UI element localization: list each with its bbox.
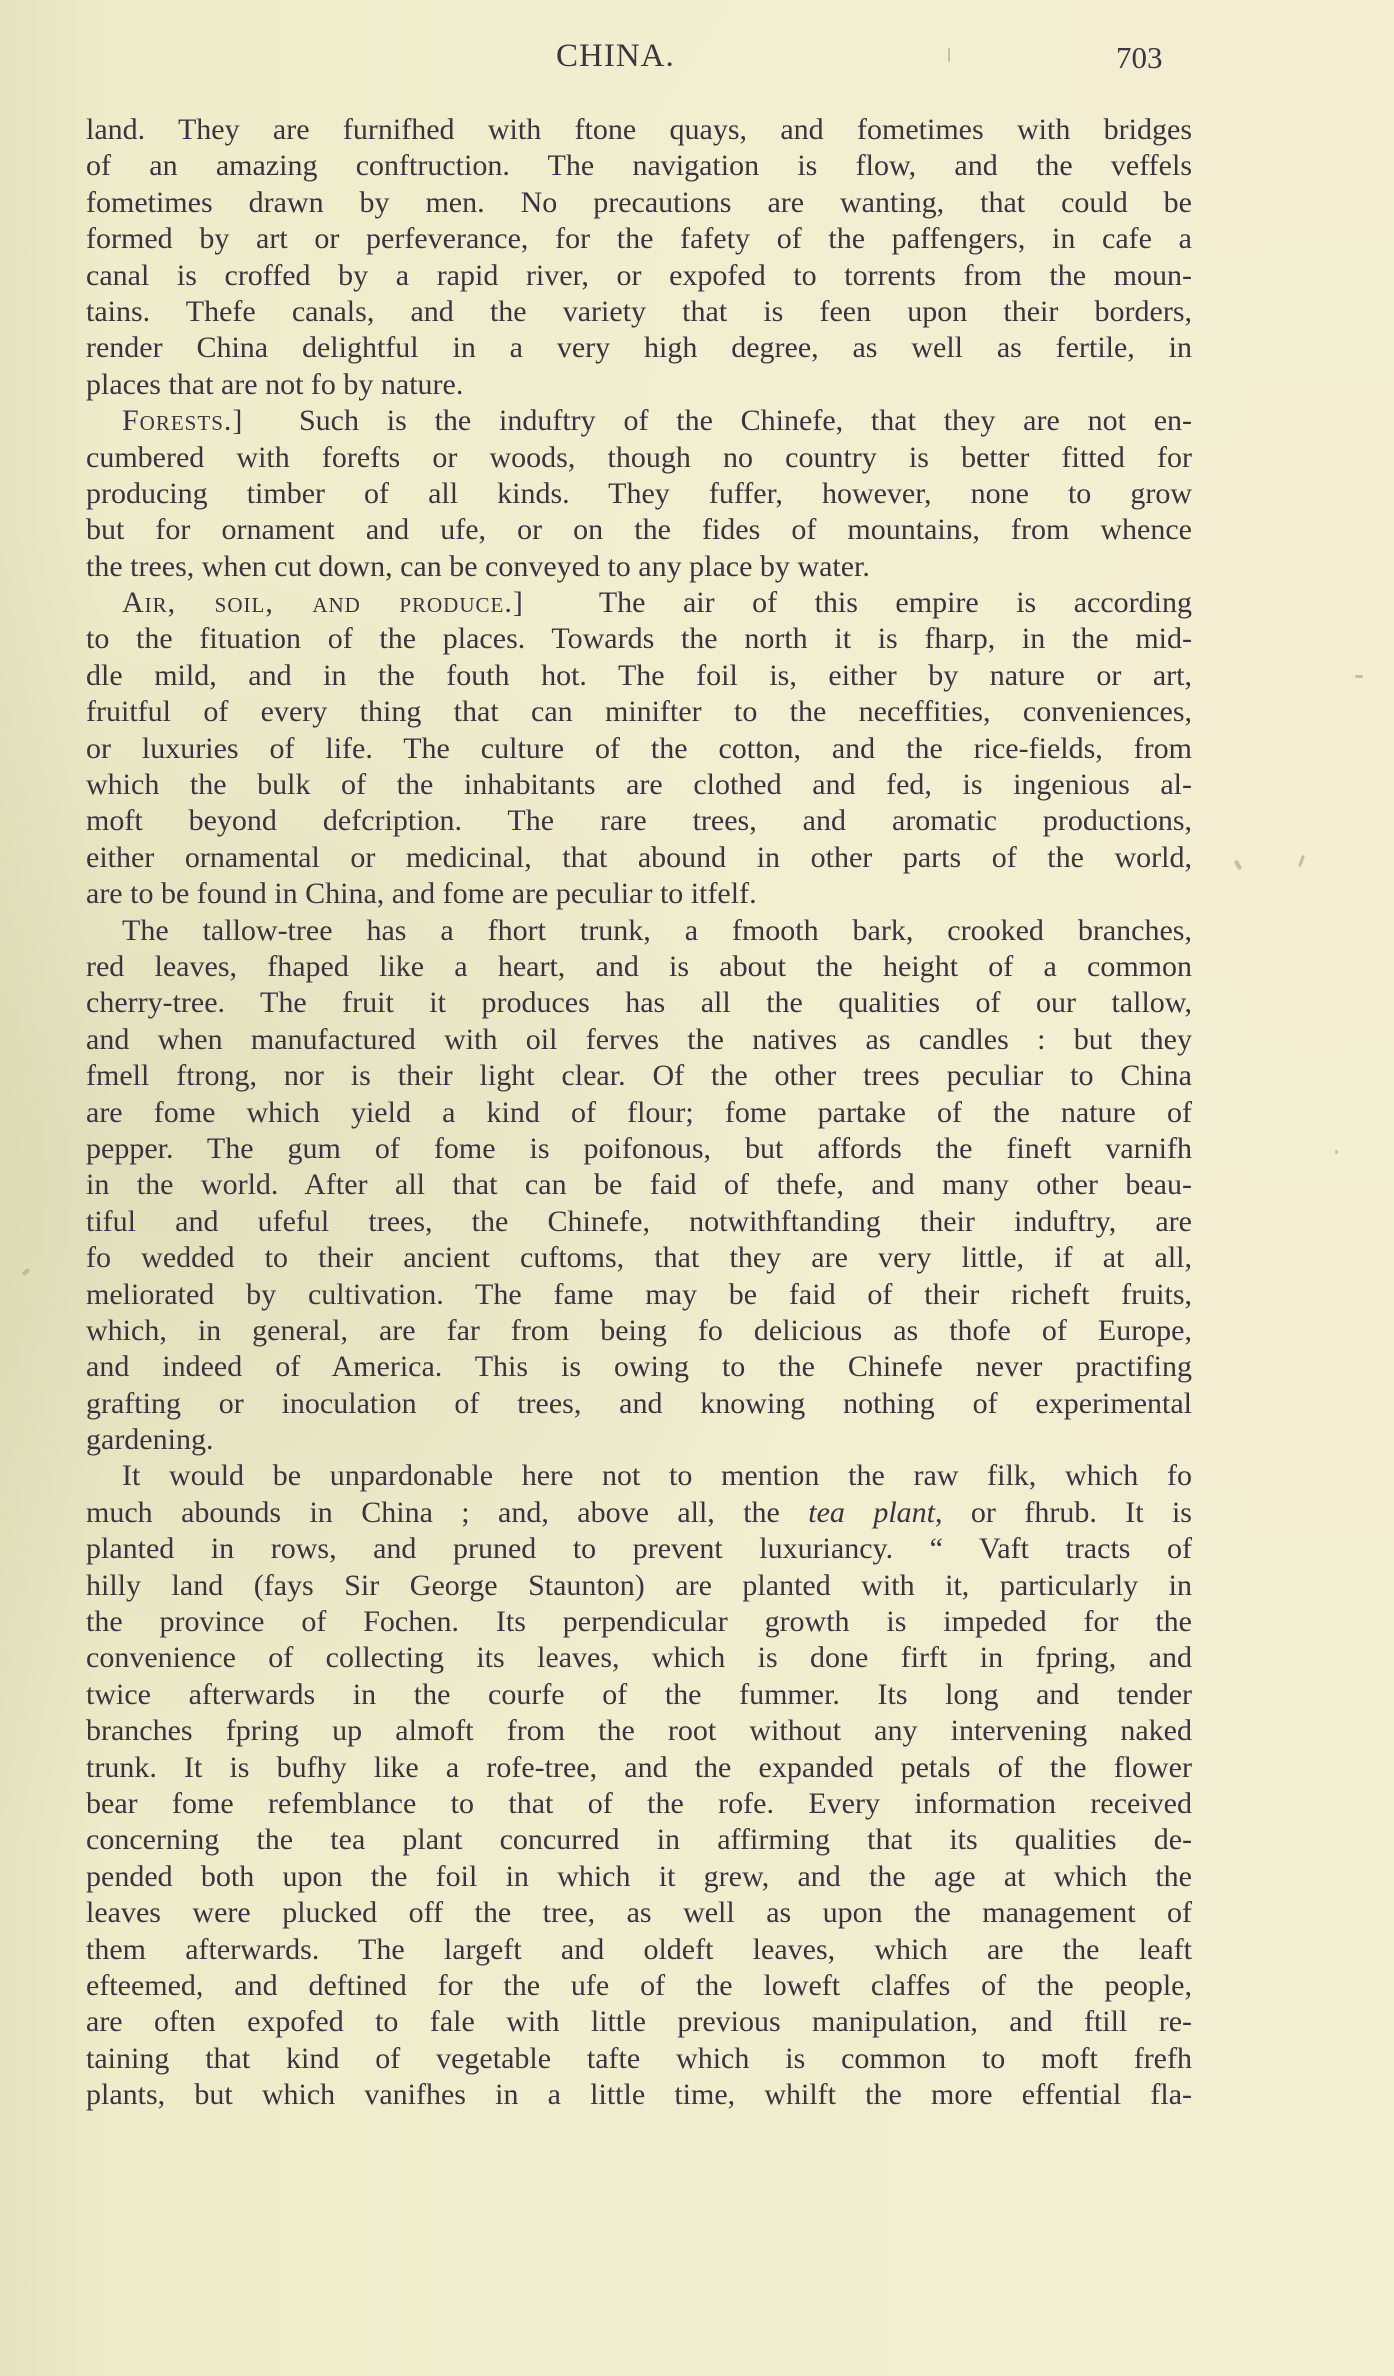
paragraph-tallow-tree: The tallow-tree has a fhort trunk, a fmo…: [86, 913, 1192, 1459]
text-line: concerning the tea plant concurred in af…: [86, 1822, 1192, 1858]
text-line: are fome which yield a kind of flour; fo…: [86, 1095, 1192, 1131]
text-line: but for ornament and ufe, or on the fide…: [86, 512, 1192, 548]
text-line: moft beyond defcription. The rare trees,…: [86, 803, 1192, 839]
text-line: taining that kind of vegetable tafte whi…: [86, 2041, 1192, 2077]
text-line: cherry-tree. The fruit it produces has a…: [86, 985, 1192, 1021]
text-line: fometimes drawn by men. No precautions a…: [86, 185, 1192, 221]
body-text: land. They are furnifhed with ftone quay…: [86, 112, 1192, 2113]
text-line: convenience of collecting its leaves, wh…: [86, 1640, 1192, 1676]
text-line: leaves were plucked off the tree, as wel…: [86, 1895, 1192, 1931]
text-line: fmell ftrong, nor is their light clear. …: [86, 1058, 1192, 1094]
text-line: of an amazing conftruction. The navigati…: [86, 148, 1192, 184]
text-line: pepper. The gum of fome is poifonous, bu…: [86, 1131, 1192, 1167]
paper-speck: [1355, 675, 1363, 678]
text-line: and when manufactured with oil ferves th…: [86, 1022, 1192, 1058]
text-line: tiful and ufeful trees, the Chinefe, not…: [86, 1204, 1192, 1240]
text-line: planted in rows, and pruned to prevent l…: [86, 1531, 1192, 1567]
text-line: efteemed, and deftined for the ufe of th…: [86, 1968, 1192, 2004]
text-line: places that are not fo by nature.: [86, 367, 1192, 403]
text-line: are often expofed to fale with little pr…: [86, 2004, 1192, 2040]
text-line: bear fome refemblance to that of the rof…: [86, 1786, 1192, 1822]
text-line: Air, soil, and produce.] The air of this…: [86, 585, 1192, 621]
text-line: formed by art or perfeverance, for the f…: [86, 221, 1192, 257]
paper-speck: [1298, 855, 1305, 867]
paragraph-canals: land. They are furnifhed with ftone quay…: [86, 112, 1192, 403]
text-line: either ornamental or medicinal, that abo…: [86, 840, 1192, 876]
paper-speck: [22, 1268, 31, 1276]
paper-speck: [1335, 1150, 1338, 1154]
text-line: are to be found in China, and fome are p…: [86, 876, 1192, 912]
text-line: red leaves, fhaped like a heart, and is …: [86, 949, 1192, 985]
paper-speck: [1234, 860, 1242, 871]
text-line: cumbered with forefts or woods, though n…: [86, 440, 1192, 476]
text-line: grafting or inoculation of trees, and kn…: [86, 1386, 1192, 1422]
section-heading-air-soil-produce: Air, soil, and produce.]: [122, 586, 524, 619]
section-heading-forests: Forests.]: [122, 404, 243, 437]
text-line: Forests.] Such is the induftry of the Ch…: [86, 403, 1192, 439]
text-line: much abounds in China ; and, above all, …: [86, 1495, 1192, 1531]
text-line: to the fituation of the places. Towards …: [86, 621, 1192, 657]
text-line: It would be unpardonable here not to men…: [86, 1458, 1192, 1494]
text-line: fo wedded to their ancient cuftoms, that…: [86, 1240, 1192, 1276]
text-line: pended both upon the foil in which it gr…: [86, 1859, 1192, 1895]
text-line: tains. Thefe canals, and the variety tha…: [86, 294, 1192, 330]
running-title: CHINA.: [556, 38, 675, 75]
paragraph-forests: Forests.] Such is the induftry of the Ch…: [86, 403, 1192, 585]
page-number: 703: [1116, 40, 1163, 76]
italic-term-tea-plant: tea plant: [808, 1496, 935, 1529]
text-line: branches fpring up almoft from the root …: [86, 1713, 1192, 1749]
text-line: gardening.: [86, 1422, 1192, 1458]
text-line: in the world. After all that can be faid…: [86, 1167, 1192, 1203]
text-line: meliorated by cultivation. The fame may …: [86, 1277, 1192, 1313]
text-line: render China delightful in a very high d…: [86, 330, 1192, 366]
text-line: fruitful of every thing that can minifte…: [86, 694, 1192, 730]
paragraph-air-soil-produce: Air, soil, and produce.] The air of this…: [86, 585, 1192, 913]
text-line: canal is croffed by a rapid river, or ex…: [86, 258, 1192, 294]
text-line: trunk. It is bufhy like a rofe-tree, and…: [86, 1750, 1192, 1786]
text-line: producing timber of all kinds. They fuff…: [86, 476, 1192, 512]
text-line: The tallow-tree has a fhort trunk, a fmo…: [86, 913, 1192, 949]
text-line: the province of Fochen. Its perpendicula…: [86, 1604, 1192, 1640]
book-page: CHINA. 703 land. They are furnifhed with…: [0, 0, 1394, 2376]
text-line: plants, but which vanifhes in a little t…: [86, 2077, 1192, 2113]
text-line: hilly land (fays Sir George Staunton) ar…: [86, 1568, 1192, 1604]
text-line: which, in general, are far from being fo…: [86, 1313, 1192, 1349]
text-line: the trees, when cut down, can be conveye…: [86, 549, 1192, 585]
text-line: land. They are furnifhed with ftone quay…: [86, 112, 1192, 148]
text-line: or luxuries of life. The culture of the …: [86, 731, 1192, 767]
text-line: them afterwards. The largeft and oldeft …: [86, 1932, 1192, 1968]
running-head: CHINA. 703: [0, 38, 1394, 78]
text-line: twice afterwards in the courfe of the fu…: [86, 1677, 1192, 1713]
text-line: and indeed of America. This is owing to …: [86, 1349, 1192, 1385]
text-line: dle mild, and in the fouth hot. The foil…: [86, 658, 1192, 694]
paragraph-tea-plant: It would be unpardonable here not to men…: [86, 1458, 1192, 2113]
text-line: which the bulk of the inhabitants are cl…: [86, 767, 1192, 803]
paper-speck: [948, 48, 950, 62]
